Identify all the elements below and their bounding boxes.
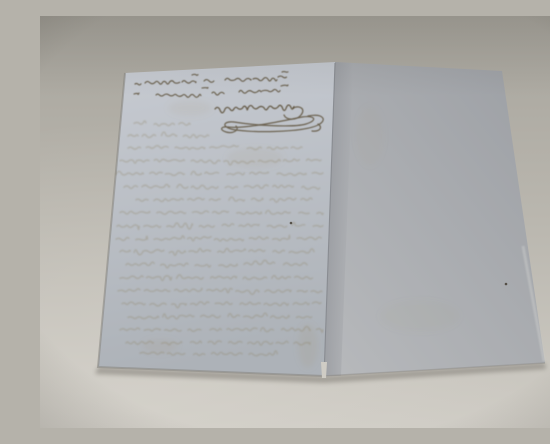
photo-of-letter: Photograph of an opened two-page handwri… xyxy=(40,16,550,428)
vignette xyxy=(40,16,550,428)
letter-photo-canvas xyxy=(40,16,550,428)
